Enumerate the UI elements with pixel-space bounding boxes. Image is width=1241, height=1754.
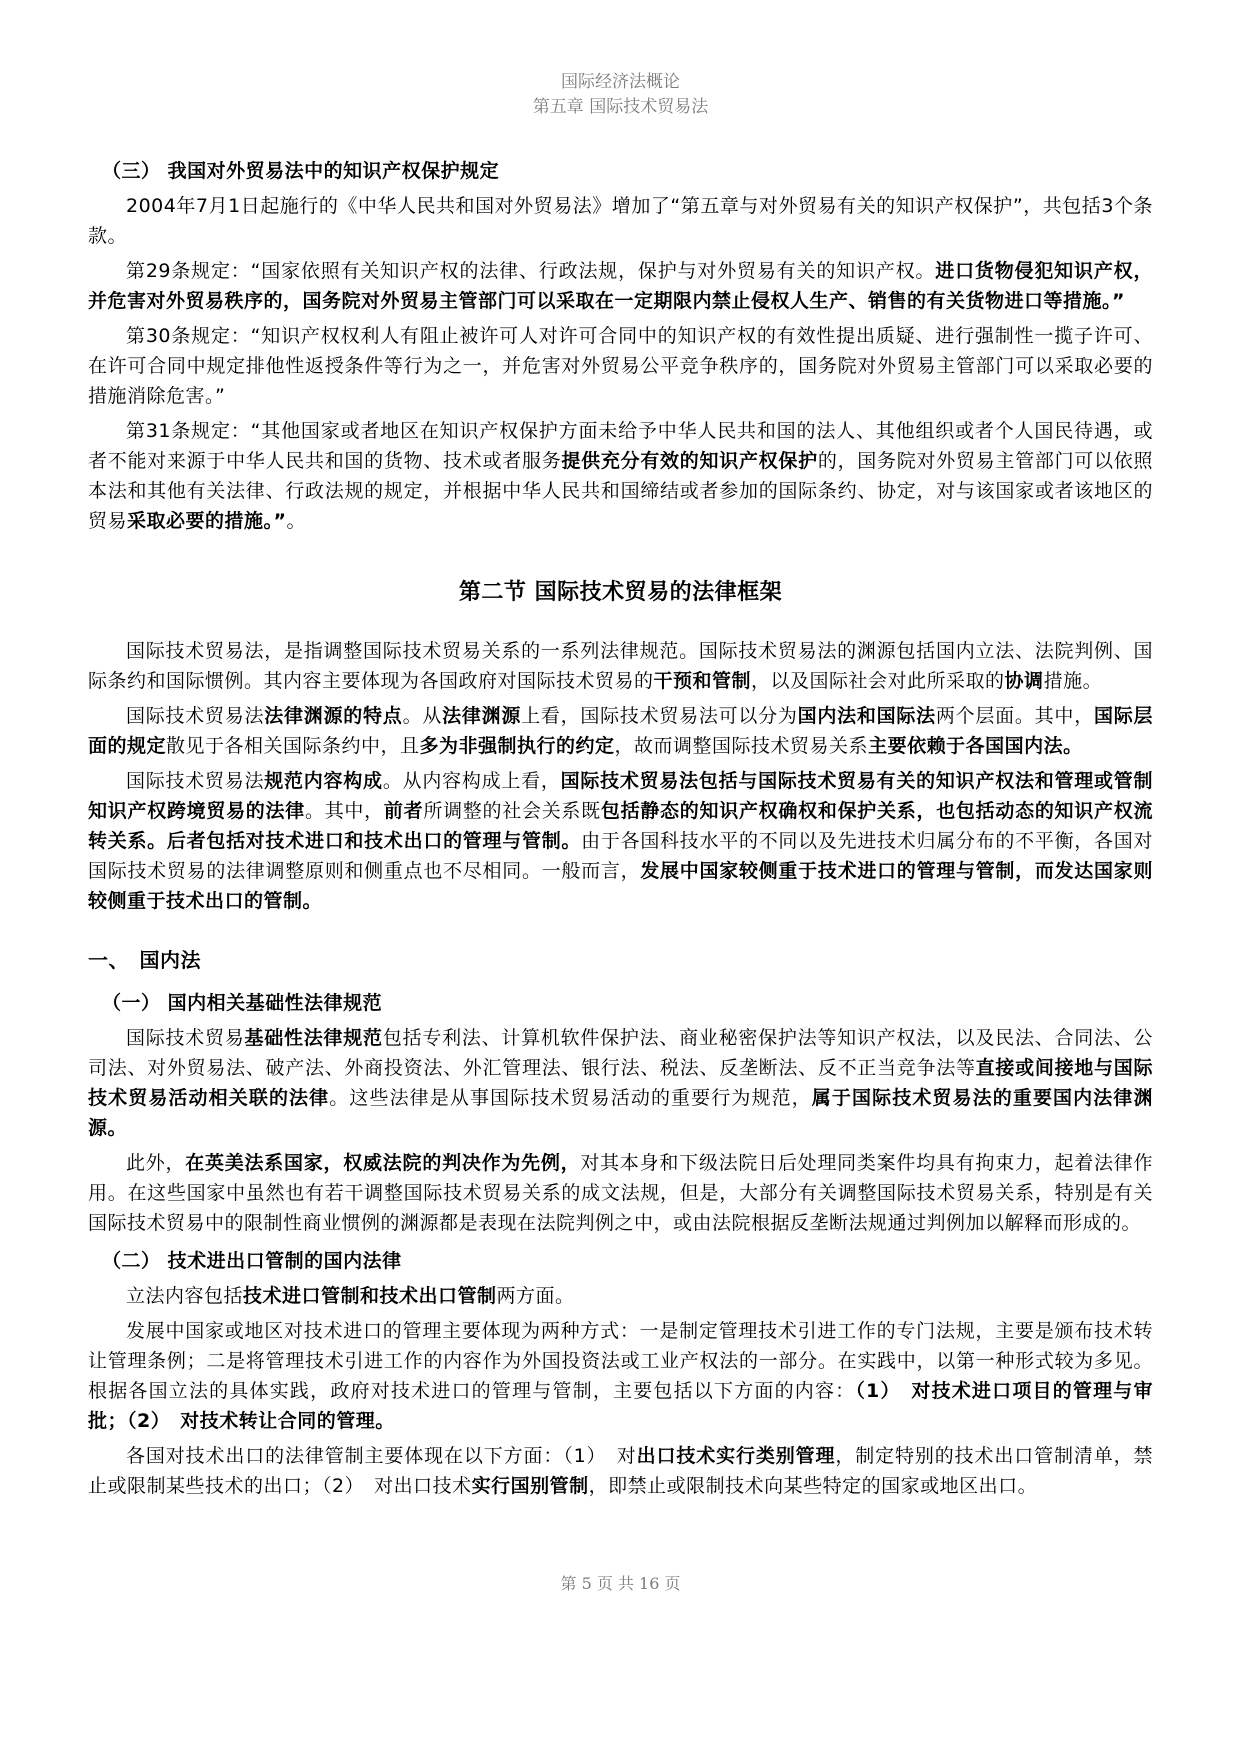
header-chapter-title: 第五章 国际技术贸易法 xyxy=(88,95,1153,120)
heading-domestic-law: 一、 国内法 xyxy=(88,944,1153,976)
header-course-title: 国际经济法概论 xyxy=(88,70,1153,95)
paragraph-content-composition: 国际技术贸易法规范内容构成。从内容构成上看，国际技术贸易法包括与国际技术贸易有关… xyxy=(88,766,1153,916)
text-run: 此外， xyxy=(126,1152,185,1174)
text-run: 两方面。 xyxy=(497,1285,575,1307)
bold-text-run: 出口技术实行类别管理 xyxy=(637,1445,836,1467)
bold-text-run: 主要依赖于各国国内法。 xyxy=(868,735,1083,757)
document-body: （三） 我国对外贸易法中的知识产权保护规定2004年7月1日起施行的《中华人民共… xyxy=(88,156,1153,1501)
bold-text-run: 法律渊源的特点 xyxy=(264,705,402,727)
text-run: 国际技术贸易法 xyxy=(126,705,264,727)
text-run: 。从 xyxy=(403,705,443,727)
paragraph-legal-sources: 国际技术贸易法法律渊源的特点。从法律渊源上看，国际技术贸易法可以分为国内法和国际… xyxy=(88,701,1153,761)
paragraph-legislation-scope: 立法内容包括技术进口管制和技术出口管制两方面。 xyxy=(88,1281,1153,1311)
bold-text-run: 前者 xyxy=(384,800,423,822)
paragraph-common-law-precedents: 此外，在英美法系国家，权威法院的判决作为先例，对其本身和下级法院日后处理同类案件… xyxy=(88,1148,1153,1238)
text-run: 措施。 xyxy=(1044,670,1103,692)
heading-section-three: （三） 我国对外贸易法中的知识产权保护规定 xyxy=(102,156,1153,186)
page-number-footer: 第 5 页 共 16 页 xyxy=(0,1572,1241,1596)
bold-text-run: 多为非强制执行的约定 xyxy=(420,735,615,757)
bold-text-run: （一） 国内相关基础性法律规范 xyxy=(102,992,382,1014)
bold-text-run: （二） 技术进出口管制的国内法律 xyxy=(102,1250,402,1272)
paragraph-export-control: 各国对技术出口的法律管制主要体现在以下方面：（1） 对出口技术实行类别管理，制定… xyxy=(88,1441,1153,1501)
paragraph-intro-definition: 国际技术贸易法，是指调整国际技术贸易关系的一系列法律规范。国际技术贸易法的渊源包… xyxy=(88,636,1153,696)
text-run: 国际技术贸易 xyxy=(126,1027,245,1049)
heading-sub-two-import-export-control: （二） 技术进出口管制的国内法律 xyxy=(102,1246,1153,1276)
bold-text-run: 采取必要的措施。” xyxy=(127,510,287,532)
paragraph-article-30: 第30条规定：“知识产权权利人有阻止被许可人对许可合同中的知识产权的有效性提出质… xyxy=(88,321,1153,411)
bold-text-run: 技术进口管制和技术出口管制 xyxy=(243,1285,497,1307)
paragraph-trade-law-2004: 2004年7月1日起施行的《中华人民共和国对外贸易法》增加了“第五章与对外贸易有… xyxy=(88,191,1153,251)
text-run: 第29条规定：“国家依照有关知识产权的法律、行政法规，保护与对外贸易有关的知识产… xyxy=(126,260,935,282)
bold-text-run: 实行国别管制 xyxy=(472,1475,589,1497)
text-run: ，即禁止或限制技术向某些特定的国家或地区出口。 xyxy=(589,1475,1038,1497)
bold-text-run: （三） 我国对外贸易法中的知识产权保护规定 xyxy=(102,160,499,182)
text-run: 。这些法律是从事国际技术贸易活动的重要行为规范， xyxy=(329,1087,812,1109)
text-run: 立法内容包括 xyxy=(126,1285,243,1307)
text-run: 。从内容构成上看， xyxy=(383,770,561,792)
bold-text-run: 在英美法系国家，权威法院的判决作为先例， xyxy=(185,1152,580,1174)
text-run: ，故而调整国际技术贸易关系 xyxy=(615,735,869,757)
text-run: 各国对技术出口的法律管制主要体现在以下方面：（1） 对 xyxy=(126,1445,637,1467)
text-run: 。其中， xyxy=(305,800,384,822)
bold-text-run: 干预和管制 xyxy=(654,670,752,692)
bold-text-run: 提供充分有效的知识产权保护 xyxy=(561,450,817,472)
bold-text-run: 规范内容构成 xyxy=(264,770,383,792)
text-run: 第30条规定：“知识产权权利人有阻止被许可人对许可合同中的知识产权的有效性提出质… xyxy=(88,325,1153,407)
paragraph-developing-countries-import: 发展中国家或地区对技术进口的管理主要体现为两种方式：一是制定管理技术引进工作的专… xyxy=(88,1316,1153,1436)
text-run: 国际技术贸易法 xyxy=(126,770,264,792)
text-run: 散见于各相关国际条约中，且 xyxy=(166,735,420,757)
document-page: 国际经济法概论 第五章 国际技术贸易法 （三） 我国对外贸易法中的知识产权保护规… xyxy=(0,0,1241,1754)
bold-text-run: 一、 国内法 xyxy=(88,948,201,972)
text-run: 两个层面。其中， xyxy=(936,705,1094,727)
text-run: 上看，国际技术贸易法可以分为 xyxy=(521,705,798,727)
bold-text-run: 法律渊源 xyxy=(442,705,521,727)
bold-text-run: 第二节 国际技术贸易的法律框架 xyxy=(459,580,782,605)
paragraph-article-29: 第29条规定：“国家依照有关知识产权的法律、行政法规，保护与对外贸易有关的知识产… xyxy=(88,256,1153,316)
heading-section-two-title: 第二节 国际技术贸易的法律框架 xyxy=(88,576,1153,610)
text-run: 2004年7月1日起施行的《中华人民共和国对外贸易法》增加了“第五章与对外贸易有… xyxy=(88,195,1153,247)
paragraph-basic-legal-norms: 国际技术贸易基础性法律规范包括专利法、计算机软件保护法、商业秘密保护法等知识产权… xyxy=(88,1023,1153,1143)
bold-text-run: 协调 xyxy=(1005,670,1044,692)
bold-text-run: 基础性法律规范 xyxy=(245,1027,383,1049)
bold-text-run: 国内法和国际法 xyxy=(798,705,936,727)
text-run: 。 xyxy=(287,510,307,532)
text-run: ，以及国际社会对此所采取的 xyxy=(751,670,1005,692)
heading-sub-one-basic-norms: （一） 国内相关基础性法律规范 xyxy=(102,988,1153,1018)
document-header: 国际经济法概论 第五章 国际技术贸易法 xyxy=(88,70,1153,120)
text-run: 所调整的社会关系既 xyxy=(423,800,601,822)
paragraph-article-31: 第31条规定：“其他国家或者地区在知识产权保护方面未给予中华人民共和国的法人、其… xyxy=(88,416,1153,536)
